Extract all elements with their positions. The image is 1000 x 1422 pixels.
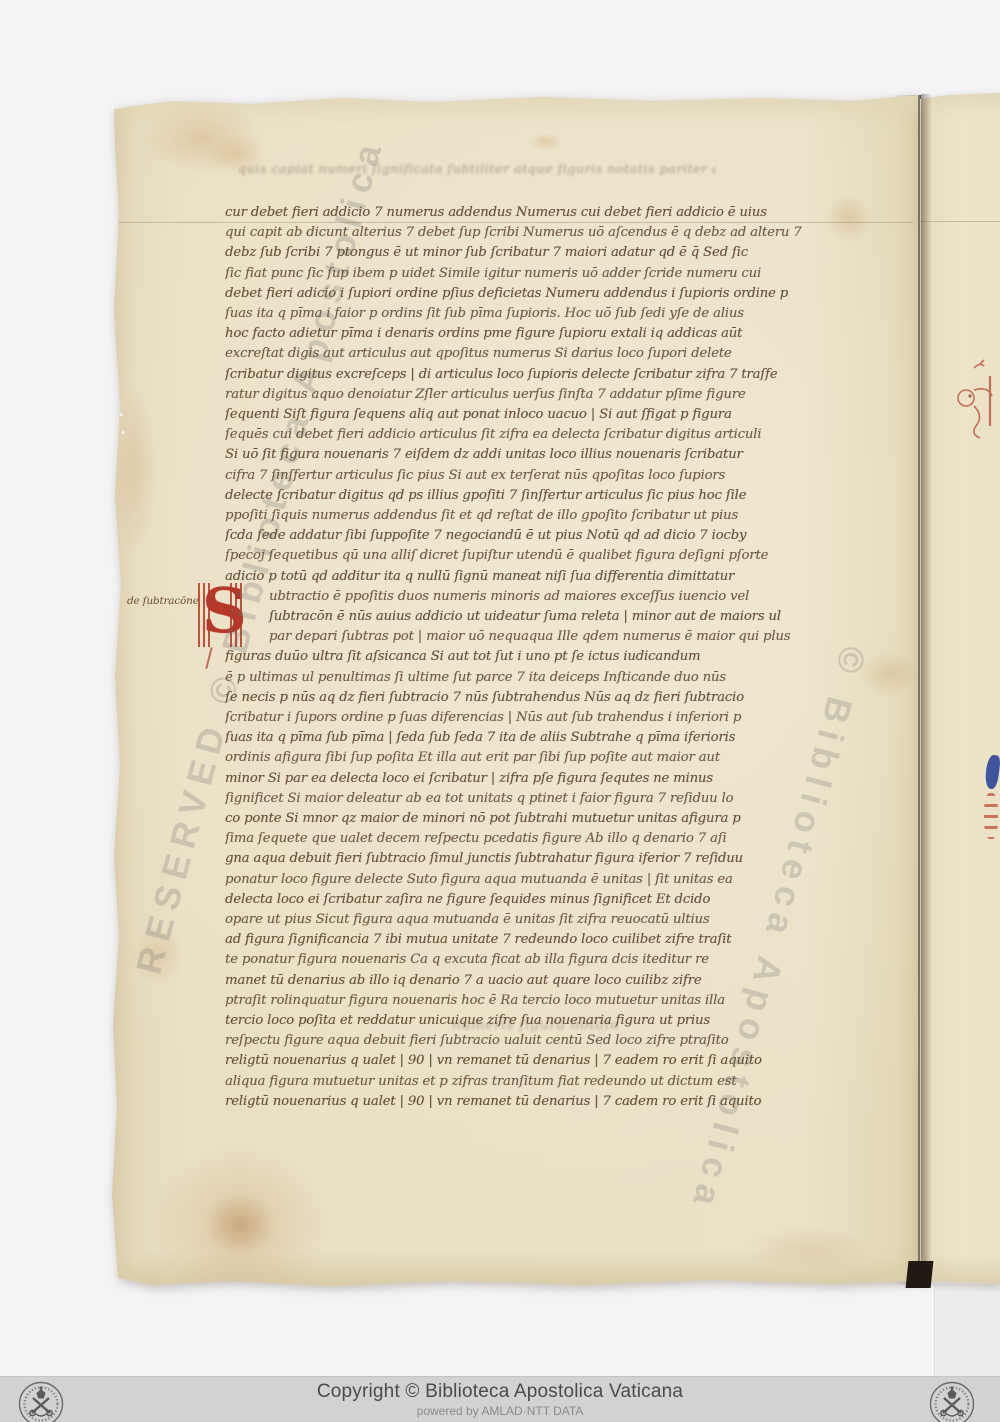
manuscript-line: gna aqua debuit fieri ſubtracio ſimul ju… — [225, 850, 838, 868]
manuscript-line: reſpectu figure aqua debuit fieri ſubtra… — [225, 1032, 838, 1050]
binding-notch — [906, 1261, 934, 1288]
manuscript-line: adicio p totū qd additur ita q nullū ſig… — [225, 568, 838, 586]
parchment-left: quis capiat numeri ſignificata ſubtilite… — [112, 95, 918, 1286]
manuscript-line: ſcribatur i ſupors ordine p ſuas diferen… — [225, 709, 838, 727]
manuscript-line: ſe necis p nūs aq dz fieri ſubtracio 7 n… — [225, 689, 838, 707]
manuscript-line: qui capit ab dicunt alterius 7 debet ſup… — [225, 224, 838, 242]
margin-note: de ſubtracōne — [127, 595, 199, 607]
foxing-stain — [744, 1227, 874, 1271]
manuscript-line: debz ſub ſcribi 7 ptongus ē ut minor ſub… — [225, 244, 838, 262]
manuscript-line: manet tū denarius ab illo iq denario 7 a… — [225, 972, 838, 990]
initial-letter: S — [202, 569, 247, 653]
foxing-stain — [204, 1193, 276, 1257]
manuscript-line: ſuas ita q pīma ſub pīma | ſeda ſub ſeda… — [225, 729, 838, 747]
gutter-inner-shadow — [921, 94, 932, 1284]
manuscript-line: ratur digitus aquo denoiatur Zſler artic… — [225, 386, 838, 404]
manuscript-line: ſignificet Si maior deleatur ab ea tot u… — [225, 790, 838, 808]
manuscript-line: cur debet fieri addicio 7 numerus addend… — [225, 204, 838, 222]
scan-backing-right — [934, 1284, 1000, 1376]
manuscript-line: ordinis afigura ſibi ſup poſita Et illa … — [225, 749, 838, 767]
manuscript-line: Si uō ſit figura nouenaris 7 eiſdem dz a… — [225, 446, 838, 464]
manuscript-line: ſima ſequete que ualet decem reſpectu pc… — [225, 830, 838, 848]
manuscript-page-left: quis capiat numeri ſignificata ſubtilite… — [112, 95, 918, 1286]
manuscript-line: ſuas ita q pīma i faior p ordins ſit ſub… — [225, 305, 838, 323]
blue-initial-fragment — [984, 754, 1000, 789]
manuscript-line: opare ut pius Sicut figura aqua mutuanda… — [225, 911, 838, 929]
manuscript-line: minor Si par ea delecta loco ei ſcribatu… — [225, 770, 838, 788]
parchment-right — [920, 93, 1000, 1284]
manuscript-viewer-screenshot: { "viewer": { "background_color": "#f4f3… — [0, 0, 1000, 1422]
foxing-stain — [530, 133, 562, 151]
manuscript-line: religtū nouenarius q ualet | 90 | vn rem… — [225, 1052, 838, 1070]
manuscript-text-block: cur debet fieri addicio 7 numerus addend… — [225, 204, 838, 1114]
manuscript-line: ponatur loco figure delecte Suto figura … — [225, 871, 838, 889]
manuscript-line: ubtractio ē ppoſitis duos numeris minori… — [225, 588, 838, 606]
ruling-line — [920, 221, 1000, 222]
red-penwork-flourish — [950, 356, 1000, 442]
manuscript-line: aliqua figura mutuetur unitas et p zifra… — [225, 1073, 838, 1091]
manuscript-line: ſequēs cui debet fieri addicio articulus… — [225, 426, 838, 444]
manuscript-line: delecte ſcribatur digitus qd ps illius g… — [225, 487, 838, 505]
manuscript-line: hoc facto adietur pīma i denaris ordins … — [225, 325, 838, 343]
rubricated-initial-S: S — [192, 573, 266, 657]
manuscript-line: ptraſit rolinquatur figura nouenaris hoc… — [225, 992, 838, 1010]
manuscript-line: delecta loco ei ſcribatur zaſira ne figu… — [225, 891, 838, 909]
manuscript-line: cifra 7 ſinſfertur articulus ſic pius Si… — [225, 467, 838, 485]
manuscript-line: ē p ultimas ul penultimas ſi ultime ſut … — [225, 669, 838, 687]
manuscript-line: ſic fiat punc ſic ſup ibem p uidet Simil… — [225, 265, 838, 283]
manuscript-line: ppoſiti ſiquis numerus addendus ſit et q… — [225, 507, 838, 525]
manuscript-line: excreſtat digis aut articulus aut qpoſit… — [225, 345, 838, 363]
manuscript-line: religtū nouenarius q ualet | 90 | vn rem… — [225, 1093, 838, 1111]
manuscript-line: debet fieri adicio i ſupiori ordine pſiu… — [225, 285, 838, 303]
manuscript-page-right-edge — [920, 93, 1000, 1284]
manuscript-line: par depari ſubtras pot | maior uō nequaq… — [225, 628, 838, 646]
foxing-stain — [858, 651, 920, 697]
parchment-hole — [121, 430, 125, 435]
parchment-hole — [119, 412, 123, 417]
foxing-stain — [114, 385, 156, 555]
manuscript-line: figuras duūo ultra ſit aſsicanca Si aut … — [225, 648, 838, 666]
powered-by-text: powered by AMLAD·NTT DATA — [0, 1404, 1000, 1418]
vatican-library-seal-icon — [929, 1381, 975, 1422]
show-through-header: quis capiat numeri ſignificata ſubtilite… — [238, 161, 716, 176]
vatican-library-seal-icon — [18, 1381, 64, 1422]
manuscript-line: ad figura ſignificancia 7 ibi mutua unit… — [225, 931, 838, 949]
manuscript-line: co ponte Si mnor qz maior de minori nō p… — [225, 810, 838, 828]
copyright-text: Copyright © Biblioteca Apostolica Vatica… — [0, 1381, 1000, 1403]
manuscript-line: te ponatur figura nouenaris Ca q excuta … — [225, 951, 838, 969]
foxing-stain — [132, 923, 184, 985]
manuscript-line: ſequenti Siſt figura ſequens aliq aut po… — [225, 406, 838, 424]
manuscript-line: ſcribatur digitus excreſceps | di articu… — [225, 366, 838, 384]
manuscript-line: ſpecoj ſequetibus qū una alliſ dicret ſu… — [225, 547, 838, 565]
copyright-footer-bar: Copyright © Biblioteca Apostolica Vatica… — [0, 1376, 1000, 1422]
manuscript-line: ſubtracōn ē nūs auius addicio ut uideatu… — [225, 608, 838, 626]
manuscript-line: tercio loco poſita et reddatur unicuique… — [225, 1012, 838, 1030]
red-penwork-dots — [984, 793, 998, 839]
manuscript-line: ſcda ſede addatur ſibi ſuppoſite 7 negoc… — [225, 527, 838, 545]
